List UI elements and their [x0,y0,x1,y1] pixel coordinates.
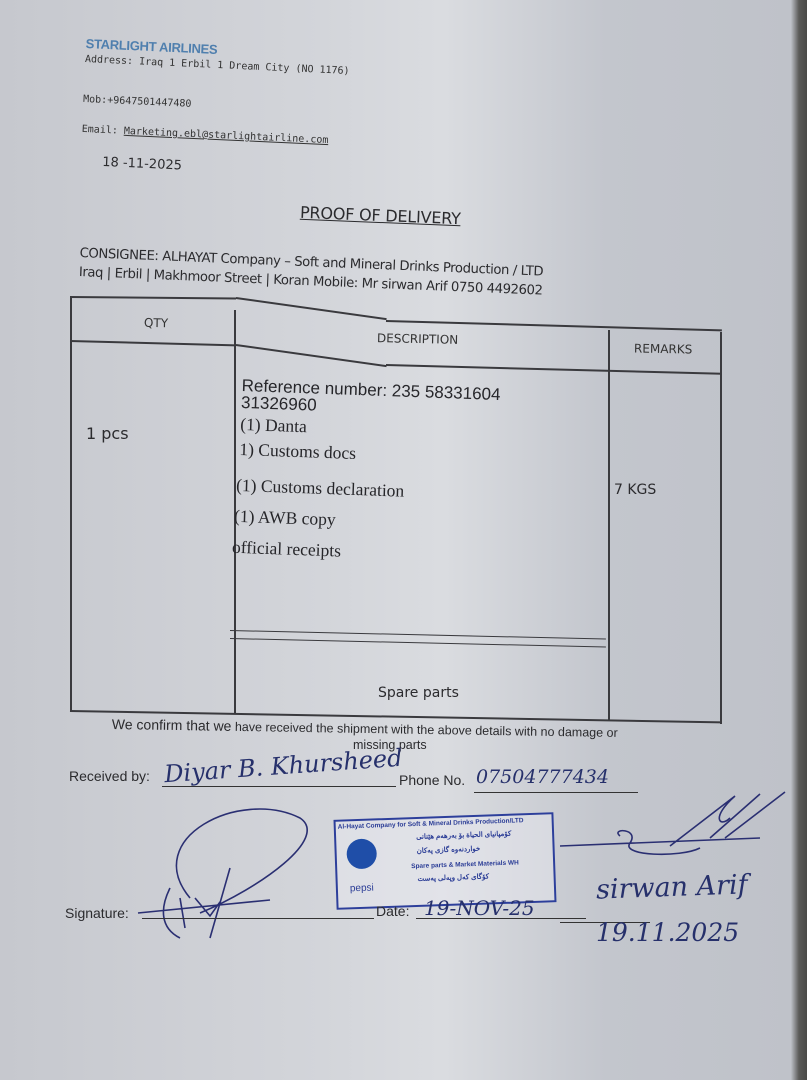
header-qty: QTY [144,316,168,330]
consignee-signature-scribble-icon [560,788,790,868]
company-email: Email: Marketing.ebl@starlightairline.co… [82,124,329,146]
email-label: Email: [82,124,125,137]
consignee-block: CONSIGNEE: ALHAYAT Company – Soft and Mi… [78,244,543,301]
document-date: 18 -11-2025 [102,155,182,174]
description-item: (1) Customs declaration [236,475,498,505]
description-item: (1) AWB copy [234,506,497,536]
signature-scribble-icon [120,798,320,958]
company-mobile: Mob:+9647501447480 [83,94,192,110]
received-by-label: Received by: [69,768,150,784]
phone-value[interactable]: 07504777434 [476,766,609,788]
proof-of-delivery-document: STARLIGHT AIRLINES Address: Iraq 1 Erbil… [0,0,807,1080]
handwritten-date: 19.11.2025 [596,918,739,947]
handwritten-name: sirwan Arif [596,869,749,905]
qty-value: 1 pcs [86,424,129,443]
signature-label: Signature: [65,905,129,921]
description-cell: Reference number: 235 58331604 31326960 … [236,376,501,567]
document-title: PROOF OF DELIVERY [300,203,461,228]
header-description: DESCRIPTION [377,331,459,347]
company-address: Address: Iraq 1 Erbil 1 Dream City (NO 1… [85,54,350,77]
date-value[interactable]: 19-NOV-25 [424,896,535,920]
description-item: 1) Customs docs [239,439,499,469]
description-item: official receipts [232,537,496,567]
phone-label: Phone No. [399,772,465,788]
received-by-value[interactable]: Diyar B. Khursheed [163,744,403,789]
company-header: STARLIGHT AIRLINES Address: Iraq 1 Erbil… [85,36,217,57]
company-name: STARLIGHT AIRLINES [85,36,217,57]
header-remarks: REMARKS [634,341,693,356]
remarks-value: 7 KGS [614,482,656,498]
pepsi-logo-icon [346,838,377,869]
delivery-table: QTY DESCRIPTION REMARKS 1 pcs Reference … [70,296,722,716]
email-link[interactable]: Marketing.ebl@starlightairline.com [124,126,329,146]
footer-description: Spare parts [378,685,459,701]
date-label: Date: [376,903,409,919]
